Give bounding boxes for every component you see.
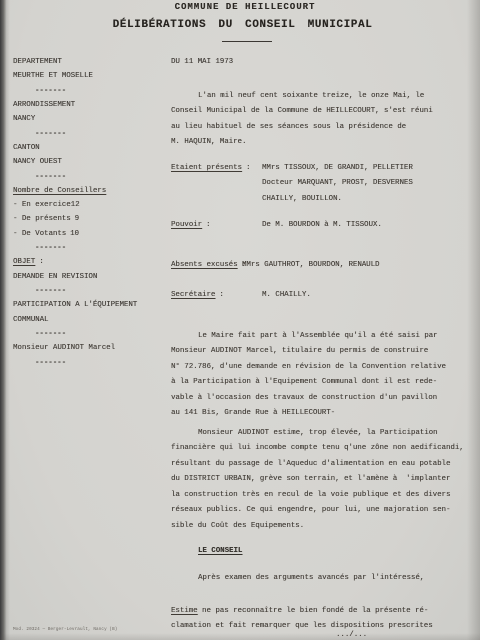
paragraph-demande: Le Maire fait part à l'Assemblée qu'il a… (171, 329, 473, 422)
conseillers-row-votants: - De Votants 10 (13, 227, 79, 241)
present-value-line: Docteur MARQUANT, PROST, DESVERNES (262, 176, 413, 191)
apres-paragraph: Après examen des arguments avancés par l… (171, 571, 473, 586)
commune-name: COMMUNE DE HEILLECOURT (0, 2, 480, 12)
opening-line: Conseil Municipal de la Commune de HEILL… (171, 104, 473, 119)
continuation-mark: .../... (336, 631, 367, 639)
secretaire-label-text: Secrétaire (171, 291, 215, 299)
pouvoir-value: De M. BOURDON à M. TISSOUX. (262, 218, 382, 233)
present-row: Etaient présents: MMrs TISSOUX, DE GRAND… (171, 161, 473, 207)
conseillers-title: Nombre de Conseillers (13, 184, 169, 198)
separator-line: ------- (13, 170, 169, 184)
canton-label: CANTON (13, 141, 169, 155)
paragraph-line: Monsieur AUDINOT estime, trop élevée, la… (171, 426, 473, 441)
secretaire-row: Secrétaire: M. CHAILLY. (171, 288, 473, 303)
paragraph-line: du DISTRICT URBAIN, grève son terrain, e… (171, 472, 473, 487)
scan-edge-left (0, 0, 10, 640)
participation-line1: PARTICIPATION A L'ÉQUIPEMENT (13, 298, 169, 312)
paragraph-line: N° 72.786, d'une demande en révision de … (171, 360, 473, 375)
conseillers-row-exercice: - En exercice 12 (13, 198, 79, 212)
sidebar: DEPARTEMENT MEURTHE ET MOSELLE ------- A… (13, 55, 169, 370)
paragraph-line: au 141 Bis, Grande Rue à HEILLECOURT- (171, 406, 473, 421)
present-label-text: Etaient présents (171, 164, 242, 172)
pouvoir-row: Pouvoir: De M. BOURDON à M. TISSOUX. (171, 218, 473, 233)
paragraph-line: réseaux publics. Ce qui engendre, pour l… (171, 503, 473, 518)
pouvoir-label: Pouvoir: (171, 218, 262, 233)
paragraph-line: financière qui lui incombe compte tenu q… (171, 441, 473, 456)
separator-line: ------- (13, 84, 169, 98)
conseillers-row-value: 12 (71, 198, 80, 212)
absents-label: Absents excusés: (171, 258, 242, 273)
paragraph-line: à la Participation à l'Equipement Commun… (171, 375, 473, 390)
separator-line: ------- (13, 327, 169, 341)
session-date-text: DU 11 MAI 1973 (171, 55, 473, 70)
opening-line: au lieu habituel de ses séances sous la … (171, 120, 473, 135)
title-underline (222, 41, 272, 42)
secretaire-value: M. CHAILLY. (262, 288, 311, 303)
separator-line: ------- (13, 356, 169, 370)
arrondissement-label: ARRONDISSEMENT (13, 98, 169, 112)
opening-paragraph: L'an mil neuf cent soixante treize, le o… (171, 89, 473, 151)
separator-line: ------- (13, 284, 169, 298)
absents-row: Absents excusés: MMrs GAUTHROT, BOURDON,… (171, 258, 473, 273)
paragraph-line: résultant du passage de l'Aqueduc d'alim… (171, 457, 473, 472)
secretaire-colon: : (219, 291, 223, 299)
apres-line: Après examen des arguments avancés par l… (171, 571, 473, 586)
objet-label-text: OBJET (13, 258, 35, 266)
absents-label-text: Absents excusés (171, 261, 238, 269)
present-colon: : (246, 164, 250, 172)
opening-line: L'an mil neuf cent soixante treize, le o… (171, 89, 473, 104)
absents-value: MMrs GAUTHROT, BOURDON, RENAULD (242, 258, 380, 273)
estime-paragraph: Estime ne pas reconnaître le bien fondé … (171, 604, 473, 635)
conseillers-row-label: - De Votants (13, 227, 66, 241)
conseil-heading: LE CONSEIL (198, 544, 480, 559)
objet-value: DEMANDE EN REVISION (13, 270, 169, 284)
document-page: COMMUNE DE HEILLECOURT DÉLIBÉRATIONS DU … (0, 0, 480, 640)
session-date: DU 11 MAI 1973 (171, 55, 473, 70)
separator-line: ------- (13, 241, 169, 255)
paragraph-line: Le Maire fait part à l'Assemblée qu'il a… (171, 329, 473, 344)
arrondissement-value: NANCY (13, 112, 169, 126)
present-value-line: CHAILLY, BOUILLON. (262, 192, 413, 207)
document-title: DÉLIBÉRATIONS DU CONSEIL MUNICIPAL (0, 19, 480, 31)
estime-line2: clamation et fait remarquer que les disp… (171, 619, 473, 634)
paragraph-line: la construction très en recul de la voie… (171, 488, 473, 503)
paragraph-line: Monsieur AUDINOT Marcel, titulaire du pe… (171, 344, 473, 359)
objet-label: OBJET: (13, 255, 169, 269)
paragraph-estimation: Monsieur AUDINOT estime, trop élevée, la… (171, 426, 473, 534)
present-value-line: MMrs TISSOUX, DE GRANDI, PELLETIER (262, 161, 413, 176)
conseil-heading-block: LE CONSEIL (171, 544, 480, 559)
estime-line1: Estime ne pas reconnaître le bien fondé … (171, 604, 473, 619)
estime-word: Estime (171, 607, 198, 615)
canton-value: NANCY OUEST (13, 155, 169, 169)
conseillers-row-value: 9 (75, 212, 79, 226)
estime-rest: ne pas reconnaître le bien fondé de la p… (198, 607, 429, 615)
paragraph-line: sible du Coût des Equipements. (171, 519, 473, 534)
objet-colon: : (39, 258, 43, 266)
conseillers-row-value: 10 (70, 227, 79, 241)
departement-label: DEPARTEMENT (13, 55, 169, 69)
departement-value: MEURTHE ET MOSELLE (13, 69, 169, 83)
present-value-lines: MMrs TISSOUX, DE GRANDI, PELLETIER Docte… (262, 161, 413, 207)
secretaire-label: Secrétaire: (171, 288, 262, 303)
printer-mark: Mod. 20324 — Berger-Levrault, Nancy (B) (13, 627, 117, 632)
participation-line2: COMMUNAL (13, 313, 169, 327)
paragraph-line: vable à l'occasion des travaux de constr… (171, 391, 473, 406)
conseillers-row-label: - De présents (13, 212, 71, 226)
separator-line: ------- (13, 127, 169, 141)
conseillers-row-label: - En exercice (13, 198, 71, 212)
conseillers-row-presents: - De présents 9 (13, 212, 79, 226)
opening-line: M. HAQUIN, Maire. (171, 135, 473, 150)
present-label: Etaient présents: (171, 161, 262, 176)
person-name: Monsieur AUDINOT Marcel (13, 341, 169, 355)
pouvoir-colon: : (206, 221, 210, 229)
pouvoir-label-text: Pouvoir (171, 221, 202, 229)
